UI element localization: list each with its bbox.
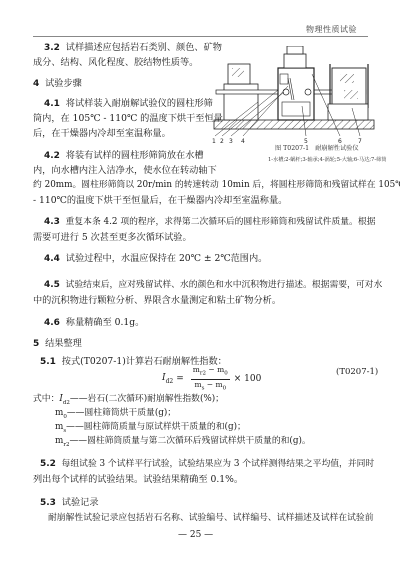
paragraph-line: 需要可进行 5 次甚至更多次循环试验。 <box>33 230 192 245</box>
paragraph-line: 耐崩解性试验记录应包括岩石名称、试验编号、试样编号、试样描述及试样在试验前 <box>48 511 374 526</box>
paragraph-text: 将装有试样的圆柱形筛筒放在水槽 <box>66 150 204 161</box>
section-number: 5.1 <box>40 357 56 367</box>
page-number: — 25 — <box>178 530 213 540</box>
apparatus-diagram: 1 2 3 4 5 6 7 <box>212 46 382 146</box>
section-number: 5.2 <box>40 459 56 469</box>
paragraph-line: 列出每个试样的试验结果。试验结果精确至 0.1%。 <box>33 472 243 487</box>
figure-caption: 图 T0207-1 耐崩解性试验仪 <box>275 143 359 152</box>
section-5-3: 5.3 试验记录 <box>40 495 99 511</box>
paragraph-text: 重复本条 4.2 项的程序，求得第二次循环后的圆柱形筛筒和残留试件质量。根据 <box>66 217 376 227</box>
formula: Id2 = mr2 − m0 ms − m0 × 100 <box>162 365 261 393</box>
formula-denominator: ms − m0 <box>194 380 226 394</box>
paragraph-text: 试样描述应包括岩石类别、颜色、矿物 <box>66 42 222 53</box>
paragraph-text: 试验过程中，水温应保持在 20℃ ± 2℃范围内。 <box>66 253 268 264</box>
section-number: 4.4 <box>44 254 60 264</box>
paragraph-line: 成分、结构、风化程度、胶结物性质等。 <box>33 55 198 70</box>
svg-text:3: 3 <box>229 138 233 145</box>
paragraph-line: 内，向水槽内注入洁净水，使水位在转动轴下 <box>33 163 217 178</box>
figure-legend: 1-水槽;2-蜗杆;3-轴承;4-涡轮;5-大轴;6-马达;7-筛筒 <box>268 156 387 163</box>
section-5-2: 5.2 每组试验 3 个试样平行试验，试验结果应为 3 个试样测得结果之平均值，… <box>40 457 374 472</box>
section-number: 4.3 <box>44 217 60 227</box>
section-4-2: 4.2 将装有试样的圆柱形筛筒放在水槽 <box>44 148 204 164</box>
section-title: 试验步骤 <box>45 78 82 89</box>
paragraph-line: 后，在干燥器内冷却至室温称量。 <box>33 126 171 141</box>
section-3-2: 3.2 试样描述应包括岩石类别、颜色、矿物 <box>44 40 222 56</box>
section-4-6: 4.6 称量精确至 0.1g。 <box>44 315 144 331</box>
paragraph-line: 中的沉积物进行颗粒分析、界限含水量测定和粘土矿物分析。 <box>33 293 281 308</box>
section-4-4: 4.4 试验过程中，水温应保持在 20℃ ± 2℃范围内。 <box>44 251 267 267</box>
svg-text:4: 4 <box>241 138 245 145</box>
section-number: 5 <box>33 339 39 349</box>
svg-text:7: 7 <box>358 138 362 145</box>
section-4-1: 4.1 将试样装入耐崩解试验仪的圆柱形筛 <box>44 96 213 112</box>
definition-row: mr2——圆柱筛筒质量与第二次循环后残留试样烘干质量的和(g)。 <box>55 434 311 452</box>
section-4-5: 4.5 试验结束后，应对残留试样、水的颜色和水中沉积物进行描述。根据需要，可对水 <box>44 278 382 293</box>
paragraph-text: 称量精确至 0.1g。 <box>66 317 145 328</box>
section-number: 5.3 <box>40 498 56 508</box>
section-number: 3.2 <box>44 43 60 53</box>
section-number: 4 <box>33 79 39 89</box>
paragraph-line: 约 20mm。圆柱形筛筒以 20r/min 的转速转动 10min 后，将圆柱形… <box>33 178 400 193</box>
formula-fraction: mr2 − m0 ms − m0 <box>191 365 230 393</box>
section-number: 4.5 <box>44 280 60 290</box>
formula-numerator: mr2 − m0 <box>191 365 230 380</box>
section-title: 试验记录 <box>62 497 99 508</box>
section-5-heading: 5 结果整理 <box>33 336 82 352</box>
svg-text:1: 1 <box>212 138 216 145</box>
definition-intro: 式中： <box>33 394 59 404</box>
paragraph-text: 将试样装入耐崩解试验仪的圆柱形筛 <box>66 98 213 109</box>
formula-multiplier: × 100 <box>234 374 262 384</box>
section-number: 4.1 <box>44 99 60 109</box>
section-number: 4.6 <box>44 318 60 328</box>
section-4-heading: 4 试验步骤 <box>33 76 82 92</box>
paragraph-text: 每组试验 3 个试样平行试验，试验结果应为 3 个试样测得结果之平均值，并同时 <box>62 459 375 469</box>
running-header: 物理性质试验 <box>306 24 357 35</box>
formula-lhs: Id2 <box>162 373 173 385</box>
paragraph-text: 试验结束后，应对残留试样、水的颜色和水中沉积物进行描述。根据需要，可对水 <box>66 280 383 290</box>
paragraph-line: - 110℃的温度下烘干至恒量后，在干燥器内冷却至室温称量。 <box>33 193 287 208</box>
header-rule <box>33 36 368 37</box>
section-number: 4.2 <box>44 151 60 161</box>
document-page: 物理性质试验 3.2 试样描述应包括岩石类别、颜色、矿物 成分、结构、风化程度、… <box>0 0 400 566</box>
paragraph-line: 筒内，在 105℃ - 110℃ 的温度下烘干至恒量 <box>33 111 223 126</box>
formula-number: (T0207-1) <box>336 367 378 377</box>
section-title: 结果整理 <box>45 338 82 349</box>
section-4-3: 4.3 重复本条 4.2 项的程序，求得第二次循环后的圆柱形筛筒和残留试件质量。… <box>44 215 375 230</box>
svg-text:2: 2 <box>220 138 224 145</box>
